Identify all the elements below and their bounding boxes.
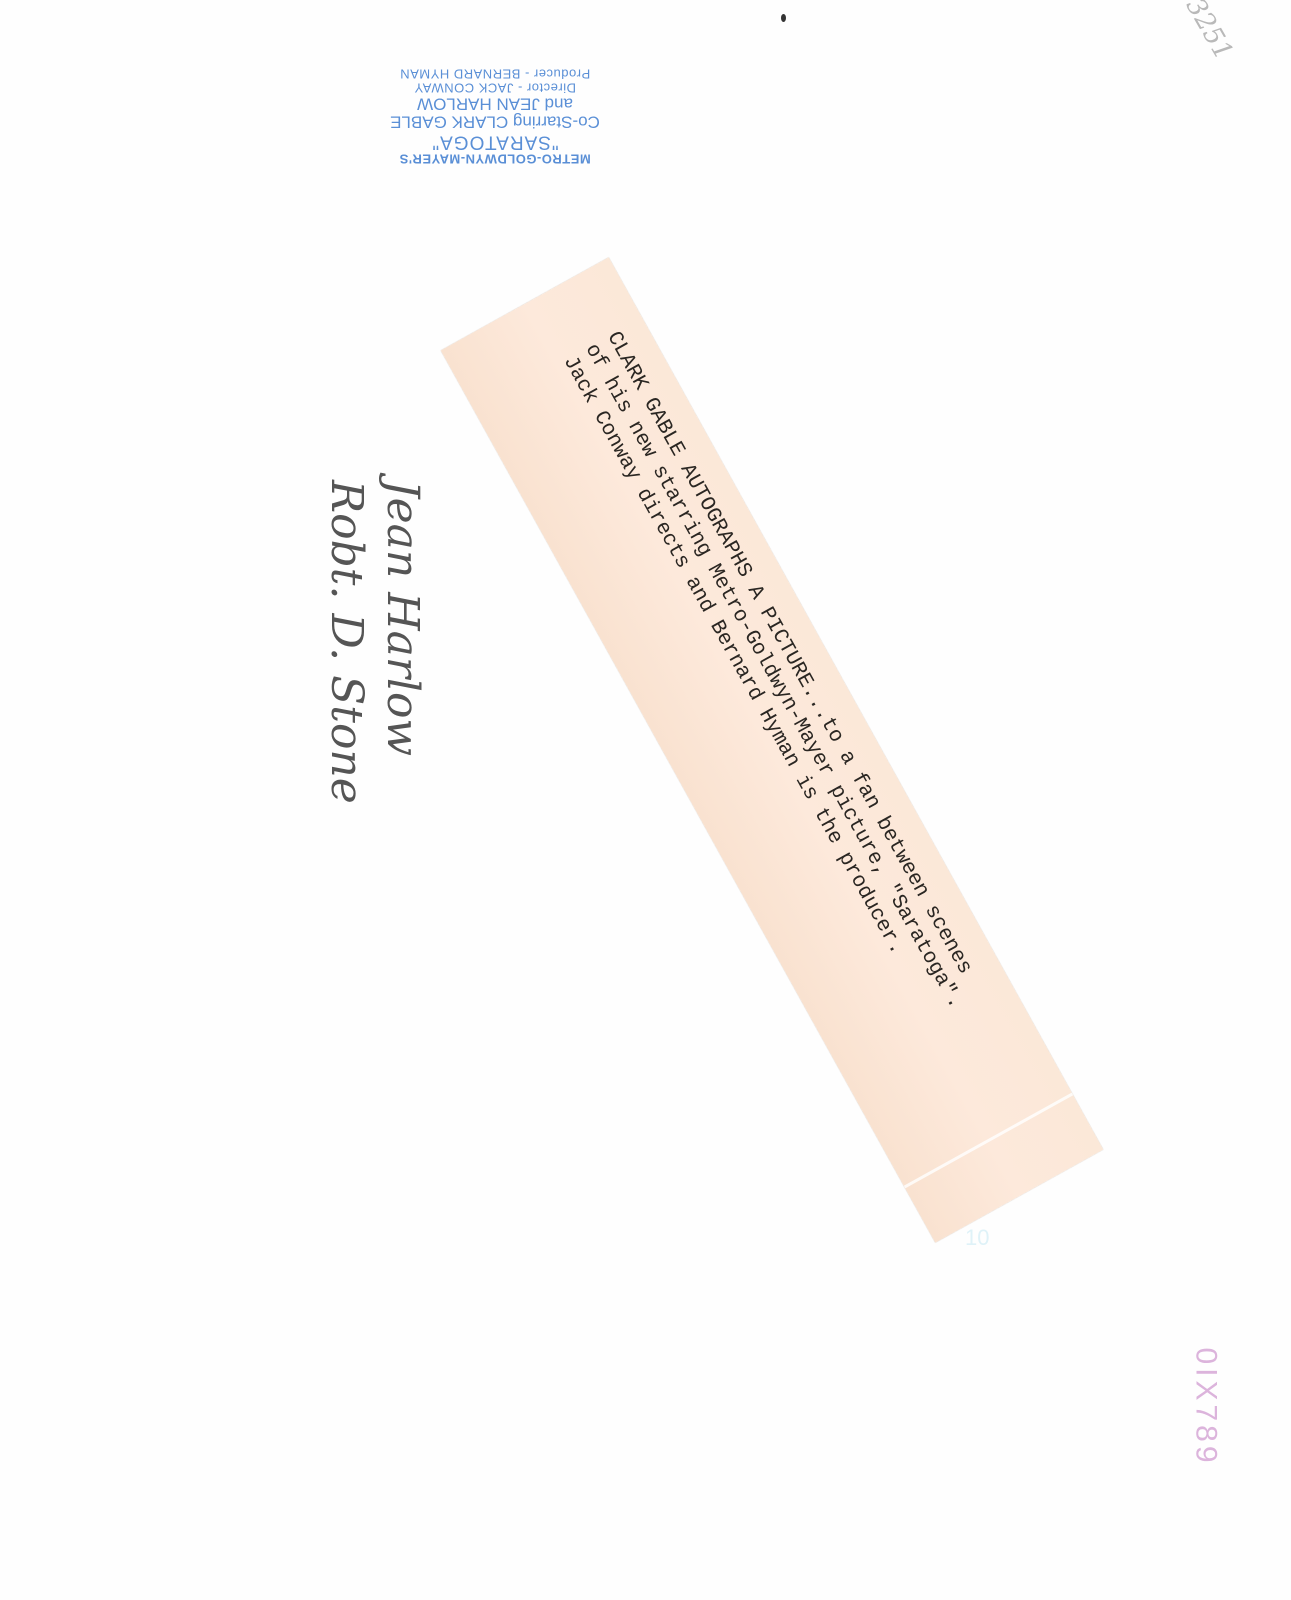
caption-line: CLARK GABLE AUTOGRAPHS A PICTURE...to a … bbox=[601, 328, 989, 1001]
handwritten-signature: Jean Harlow Robt. D. Stone bbox=[290, 480, 430, 940]
faint-mark: 10 bbox=[965, 1225, 989, 1251]
snipe-fold-crease bbox=[904, 1093, 1073, 1189]
stamp-director: Director - JACK CONWAY bbox=[350, 80, 640, 94]
ink-speck bbox=[781, 14, 786, 22]
caption-line: of his new starring Metro-Goldwyn-Mayer … bbox=[579, 340, 967, 1013]
caption-text: CLARK GABLE AUTOGRAPHS A PICTURE...to a … bbox=[557, 328, 989, 1026]
studio-stamp: METRO-GOLDWYN-MAYER'S "SARATOGA" Co-Star… bbox=[350, 66, 640, 165]
caption-snipe: CLARK GABLE AUTOGRAPHS A PICTURE...to a … bbox=[441, 257, 1103, 1242]
stamp-studio: METRO-GOLDWYN-MAYER'S bbox=[350, 151, 640, 165]
signature-line-2: Robt. D. Stone bbox=[318, 480, 374, 940]
inventory-number: 3251 bbox=[1180, 0, 1239, 65]
stamp-producer: Producer - BERNARD HYMAN bbox=[350, 66, 640, 80]
caption-line: Jack Conway directs and Bernard Hyman is… bbox=[557, 352, 945, 1025]
photo-back: METRO-GOLDWYN-MAYER'S "SARATOGA" Co-Star… bbox=[0, 0, 1291, 1600]
ink-stamp-number: 0IX789 bbox=[1189, 1347, 1223, 1466]
stamp-costarring: Co-Starring CLARK GABLE bbox=[350, 112, 640, 130]
stamp-and: and JEAN HARLOW bbox=[350, 94, 640, 112]
stamp-title: "SARATOGA" bbox=[350, 131, 640, 152]
signature-line-1: Jean Harlow bbox=[374, 480, 430, 940]
